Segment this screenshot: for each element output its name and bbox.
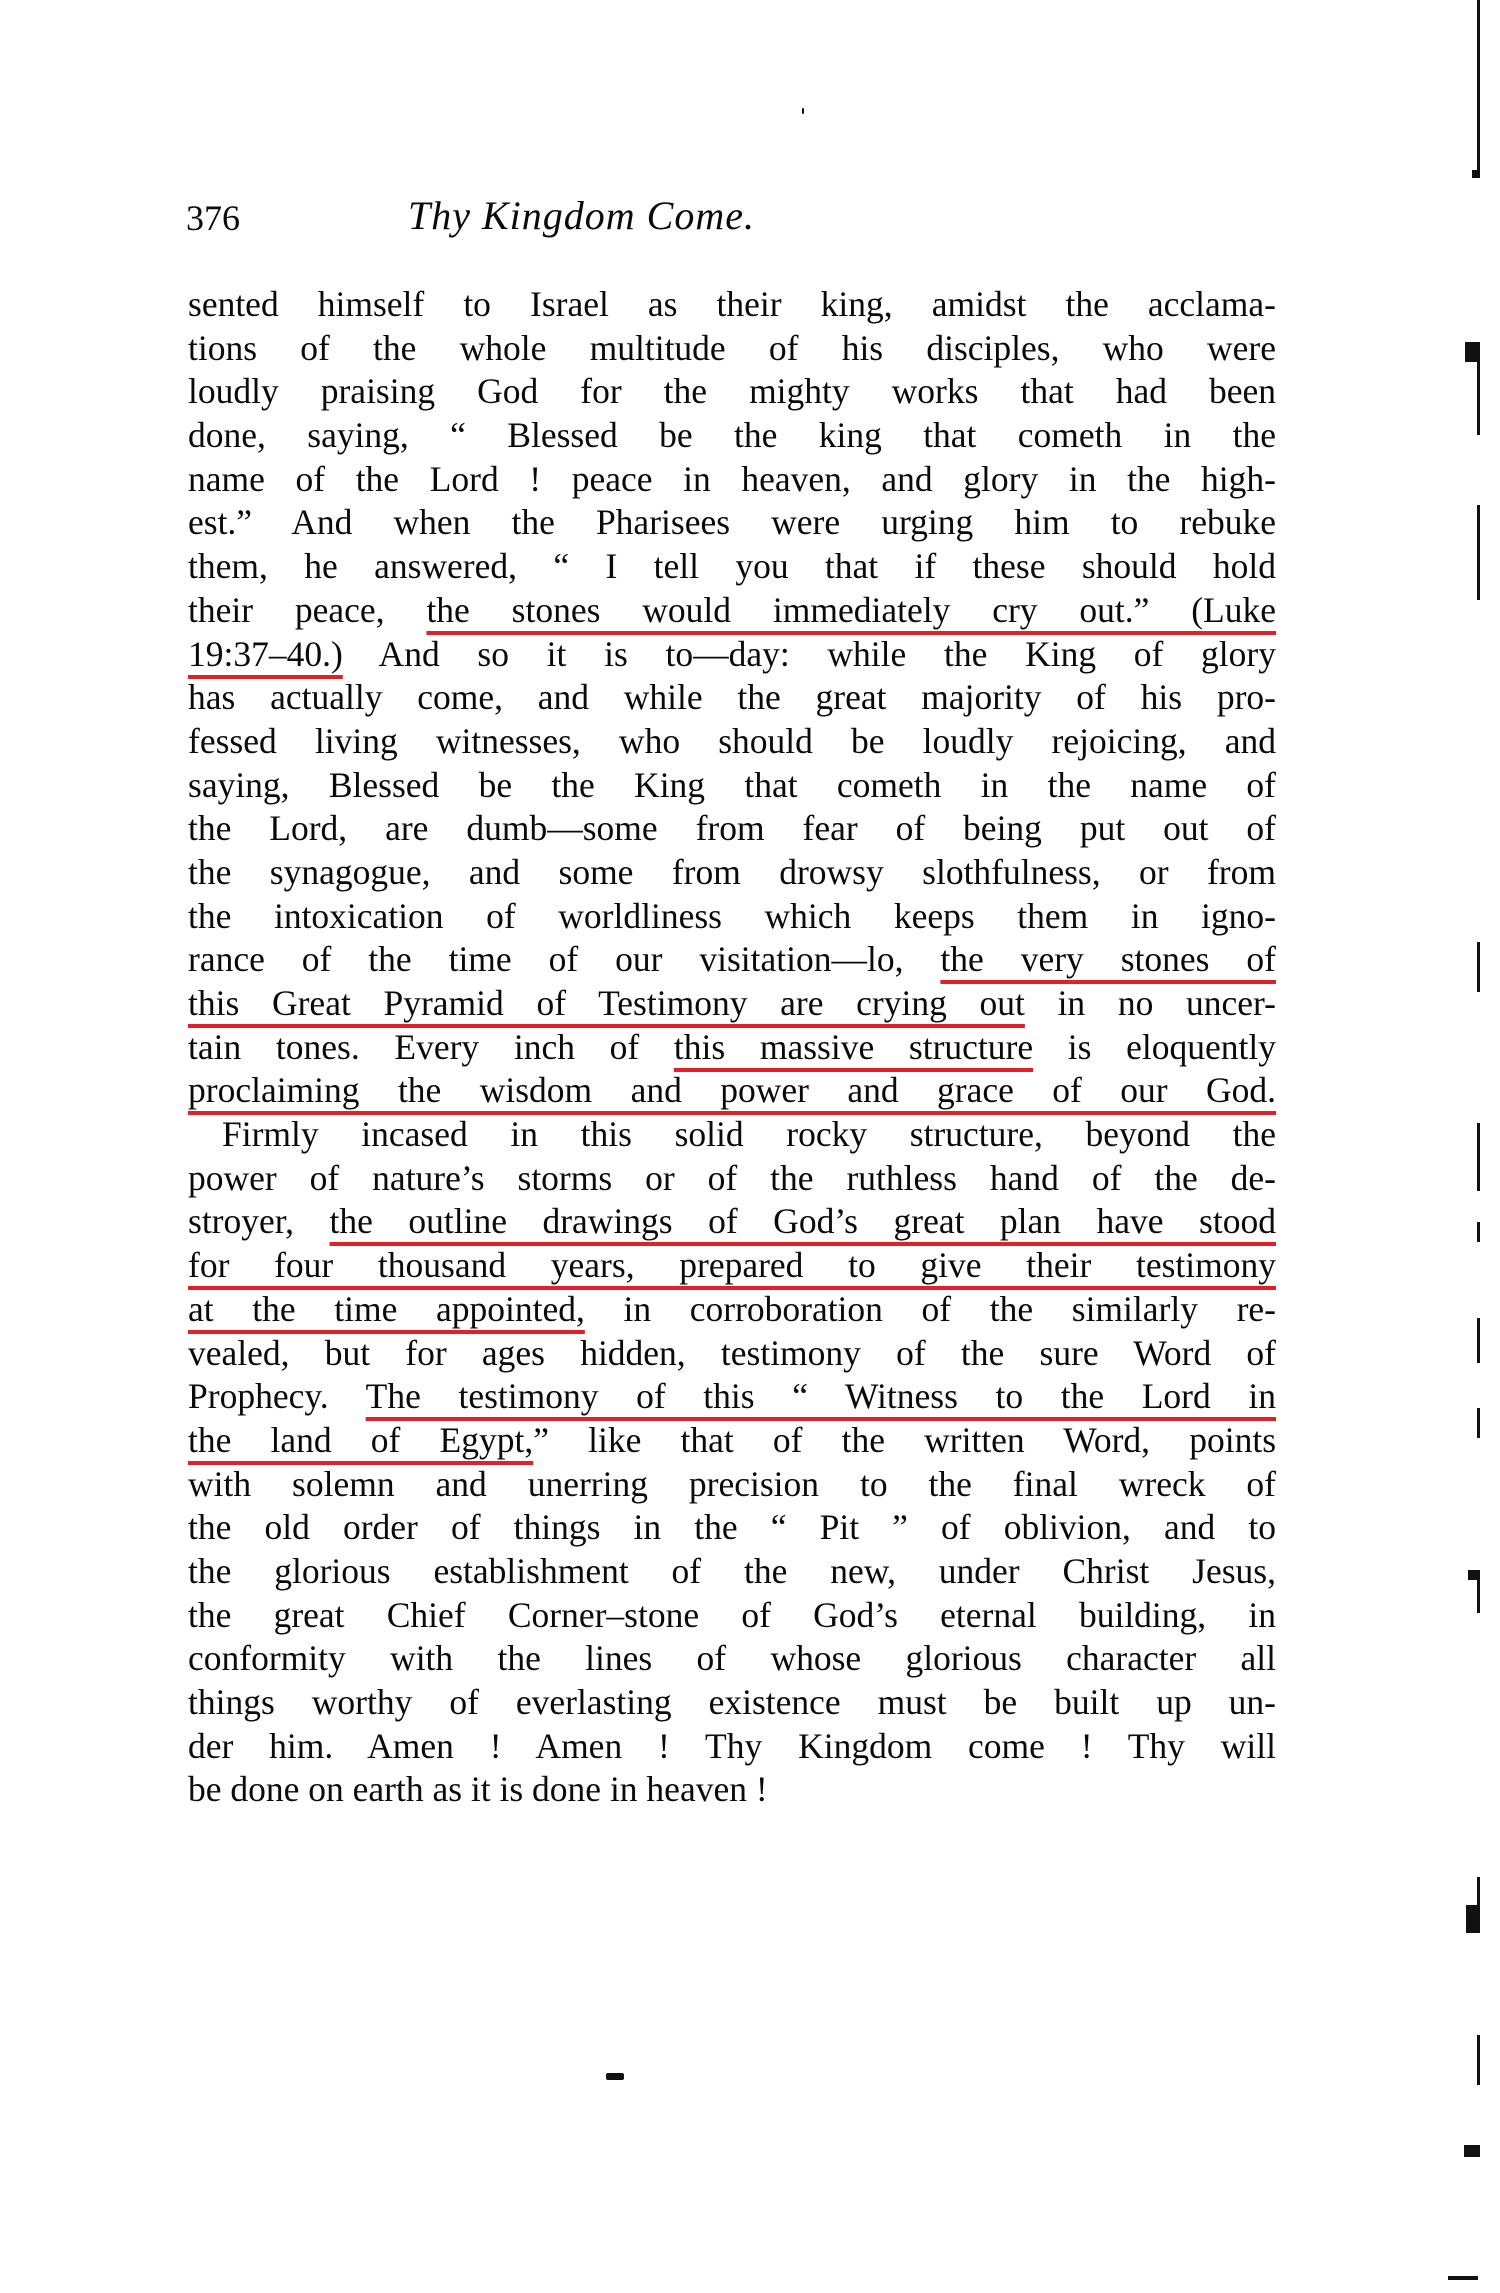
text-segment: name of the Lord ! peace in heaven, and … <box>188 459 1276 499</box>
underlined-passage: 19:37–40.) <box>188 634 343 674</box>
text-line: tain tones. Every inch of this massive s… <box>188 1026 1276 1070</box>
text-segment: tain tones. Every inch of <box>188 1027 674 1067</box>
text-line: the great Chief Corner–stone of God’s et… <box>188 1594 1276 1638</box>
text-segment: power of nature’s storms or of the ruthl… <box>188 1158 1276 1198</box>
text-line: them, he answered, “ I tell you that if … <box>188 545 1276 589</box>
text-segment: done, saying, “ Blessed be the king that… <box>188 415 1276 455</box>
scan-edge-mark <box>1448 2276 1478 2280</box>
text-segment: with solemn and unerring precision to th… <box>188 1464 1276 1504</box>
text-segment: things worthy of everlasting existence m… <box>188 1682 1276 1722</box>
text-line: the land of Egypt,” like that of the wri… <box>188 1419 1276 1463</box>
scanned-book-page: 376 Thy Kingdom Come. sented himself to … <box>0 0 1500 2293</box>
text-line: the intoxication of worldliness which ke… <box>188 895 1276 939</box>
scan-edge-line <box>1477 1578 1480 1613</box>
text-line: fessed living witnesses, who should be l… <box>188 720 1276 764</box>
text-segment: sented himself to Israel as their king, … <box>188 284 1276 324</box>
scan-edge-mark <box>1466 1905 1480 1933</box>
text-line: 19:37–40.) And so it is to—day: while th… <box>188 633 1276 677</box>
text-segment: the Lord, are dumb—some from fear of bei… <box>188 808 1276 848</box>
underlined-passage: the very stones of <box>940 939 1276 979</box>
text-line: conformity with the lines of whose glori… <box>188 1637 1276 1681</box>
scan-edge-mark <box>1472 170 1480 178</box>
text-segment: them, he answered, “ I tell you that if … <box>188 546 1276 586</box>
text-line: der him. Amen ! Amen ! Thy Kingdom come … <box>188 1725 1276 1769</box>
underlined-passage: at the time appointed, <box>188 1289 585 1329</box>
ink-speck <box>606 2073 624 2080</box>
text-line: be done on earth as it is done in heaven… <box>188 1768 1276 1812</box>
text-segment: rance of the time of our visitation—lo, <box>188 939 940 979</box>
scan-edge-line <box>1477 1123 1480 1191</box>
scan-edge-line <box>1477 78 1480 168</box>
scan-edge-mark <box>1468 1570 1480 1580</box>
underlined-passage: the stones would immediately cry out.” (… <box>426 590 1276 630</box>
text-line: saying, Blessed be the King that cometh … <box>188 764 1276 808</box>
text-line: Firmly incased in this solid rocky struc… <box>188 1113 1276 1157</box>
text-segment: der him. Amen ! Amen ! Thy Kingdom come … <box>188 1726 1276 1766</box>
text-segment: And so it is to—day: while the King of g… <box>343 634 1276 674</box>
scan-edge-line <box>1477 1318 1480 1363</box>
text-segment: ” like that of the written Word, points <box>533 1420 1276 1460</box>
text-line: the synagogue, and some from drowsy slot… <box>188 851 1276 895</box>
running-title: Thy Kingdom Come. <box>408 194 755 238</box>
text-line: sented himself to Israel as their king, … <box>188 283 1276 327</box>
text-segment: the glorious establishment of the new, u… <box>188 1551 1276 1591</box>
scan-edge-line <box>1477 1222 1480 1242</box>
text-line: done, saying, “ Blessed be the king that… <box>188 414 1276 458</box>
text-line: proclaiming the wisdom and power and gra… <box>188 1069 1276 1113</box>
text-segment: conformity with the lines of whose glori… <box>188 1638 1276 1678</box>
text-line: at the time appointed, in corroboration … <box>188 1288 1276 1332</box>
text-segment: the great Chief Corner–stone of God’s et… <box>188 1595 1276 1635</box>
text-segment: stroyer, <box>188 1201 330 1241</box>
underlined-passage: for four thousand years, prepared to giv… <box>188 1245 1276 1285</box>
scan-edge-line <box>1477 2035 1480 2085</box>
underlined-passage: this Great Pyramid of Testimony are cryi… <box>188 983 1025 1023</box>
text-line: rance of the time of our visitation—lo, … <box>188 938 1276 982</box>
text-segment: Firmly incased in this solid rocky struc… <box>222 1114 1276 1154</box>
text-segment: vealed, but for ages hidden, testimony o… <box>188 1333 1276 1373</box>
underlined-passage: the land of Egypt, <box>188 1420 533 1460</box>
text-line: with solemn and unerring precision to th… <box>188 1463 1276 1507</box>
text-line: power of nature’s storms or of the ruthl… <box>188 1157 1276 1201</box>
text-line: loudly praising God for the mighty works… <box>188 370 1276 414</box>
text-line: the old order of things in the “ Pit ” o… <box>188 1506 1276 1550</box>
text-segment: their peace, <box>188 590 426 630</box>
scan-edge-line <box>1477 505 1480 600</box>
text-segment: Prophecy. <box>188 1376 366 1416</box>
text-segment: est.” And when the Pharisees were urging… <box>188 502 1276 542</box>
text-line: has actually come, and while the great m… <box>188 676 1276 720</box>
scan-edge-line <box>1477 1408 1480 1438</box>
text-segment: loudly praising God for the mighty works… <box>188 371 1276 411</box>
text-line: name of the Lord ! peace in heaven, and … <box>188 458 1276 502</box>
text-line: things worthy of everlasting existence m… <box>188 1681 1276 1725</box>
text-line: est.” And when the Pharisees were urging… <box>188 501 1276 545</box>
text-segment: fessed living witnesses, who should be l… <box>188 721 1276 761</box>
underlined-passage: this massive structure <box>674 1027 1033 1067</box>
ink-speck <box>802 108 804 114</box>
underlined-passage: proclaiming the wisdom and power and gra… <box>188 1070 1276 1110</box>
text-segment: in no uncer- <box>1025 983 1276 1023</box>
text-segment: has actually come, and while the great m… <box>188 677 1276 717</box>
text-line: the glorious establishment of the new, u… <box>188 1550 1276 1594</box>
text-line: tions of the whole multitude of his disc… <box>188 327 1276 371</box>
text-segment: the intoxication of worldliness which ke… <box>188 896 1276 936</box>
text-line: this Great Pyramid of Testimony are cryi… <box>188 982 1276 1026</box>
text-segment: saying, Blessed be the King that cometh … <box>188 765 1276 805</box>
scan-edge-line <box>1477 345 1480 435</box>
text-segment: tions of the whole multitude of his disc… <box>188 328 1276 368</box>
text-segment: in corroboration of the similarly re- <box>585 1289 1276 1329</box>
text-line: stroyer, the outline drawings of God’s g… <box>188 1200 1276 1244</box>
text-segment: be done on earth as it is done in heaven… <box>188 1769 768 1809</box>
underlined-passage: The testimony of this “ Witness to the L… <box>366 1376 1276 1416</box>
text-segment: the synagogue, and some from drowsy slot… <box>188 852 1276 892</box>
scan-edge-mark <box>1464 2145 1480 2157</box>
text-line: vealed, but for ages hidden, testimony o… <box>188 1332 1276 1376</box>
text-line: the Lord, are dumb—some from fear of bei… <box>188 807 1276 851</box>
scan-edge-line <box>1477 942 1480 992</box>
text-line: their peace, the stones would immediatel… <box>188 589 1276 633</box>
page-number: 376 <box>186 196 240 240</box>
underlined-passage: the outline drawings of God’s great plan… <box>330 1201 1276 1241</box>
text-segment: is eloquently <box>1033 1027 1276 1067</box>
text-line: Prophecy. The testimony of this “ Witnes… <box>188 1375 1276 1419</box>
text-segment: the old order of things in the “ Pit ” o… <box>188 1507 1276 1547</box>
text-line: for four thousand years, prepared to giv… <box>188 1244 1276 1288</box>
body-text: sented himself to Israel as their king, … <box>188 283 1276 1812</box>
